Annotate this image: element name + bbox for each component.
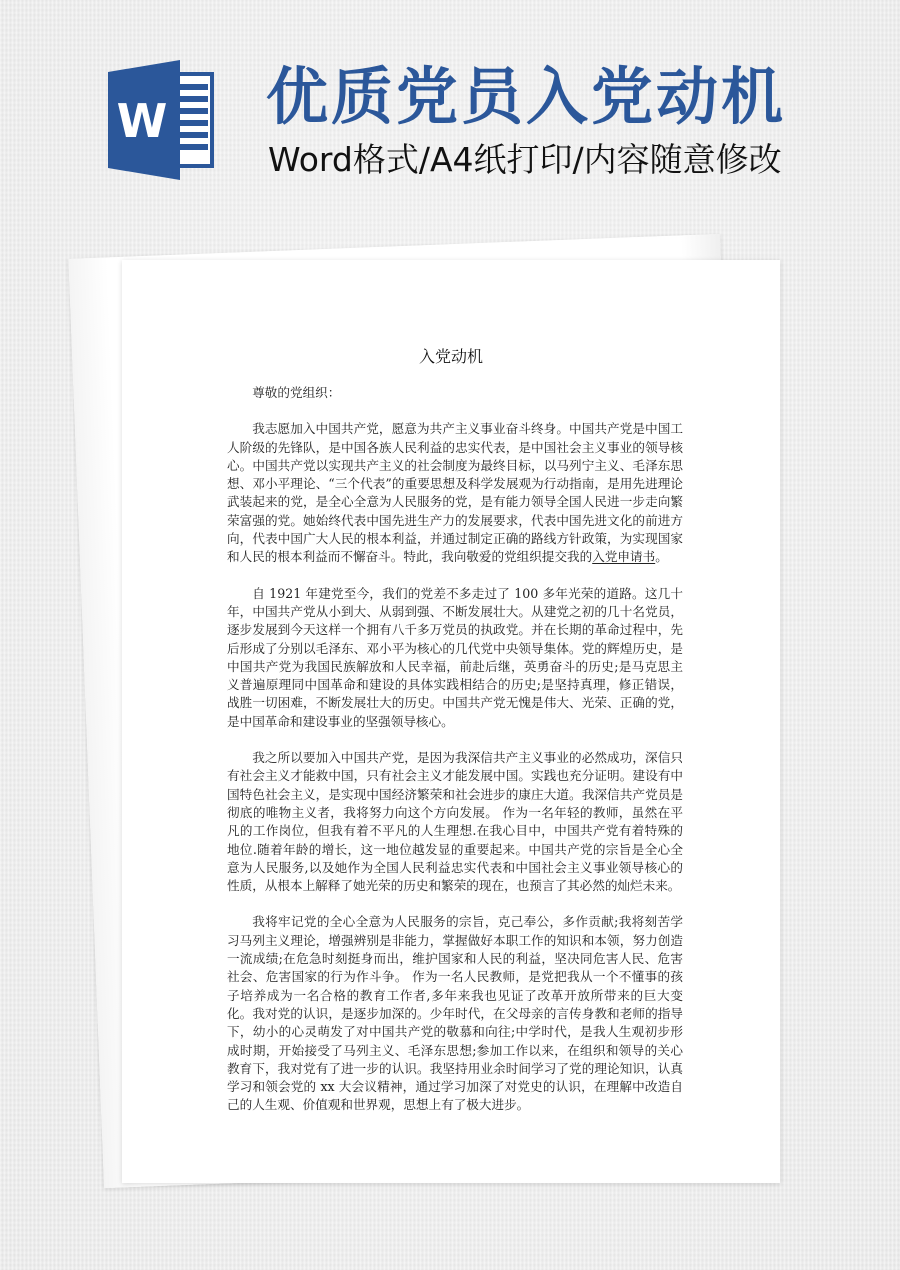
paragraph-1-tail: 。 (655, 549, 668, 564)
paragraph-1: 我志愿加入中国共产党，愿意为共产主义事业奋斗终身。中国共产党是中国工人阶级的先锋… (227, 420, 683, 566)
paragraph-2: 自 1921 年建党至今，我们的党差不多走过了 100 多年光荣的道路。这几十年… (227, 585, 683, 731)
document-title: 入党动机 (122, 346, 780, 368)
salutation: 尊敬的党组织： (227, 384, 683, 402)
paragraph-3: 我之所以要加入中国共产党，是因为我深信共产主义事业的必然成功，深信只有社会主义才… (227, 749, 683, 895)
banner-subtitle: Word格式/A4纸打印/内容随意修改 (268, 140, 782, 180)
banner-title: 优质党员入党动机 (266, 62, 786, 132)
document-page: 入党动机 尊敬的党组织： 我志愿加入中国共产党，愿意为共产主义事业奋斗终身。中国… (122, 260, 780, 1183)
document-body: 尊敬的党组织： 我志愿加入中国共产党，愿意为共产主义事业奋斗终身。中国共产党是中… (227, 384, 683, 1133)
paragraph-1-text: 我志愿加入中国共产党，愿意为共产主义事业奋斗终身。中国共产党是中国工人阶级的先锋… (227, 421, 683, 564)
svg-text:W: W (117, 94, 168, 148)
word-logo-icon: W (108, 58, 216, 182)
paragraph-4: 我将牢记党的全心全意为人民服务的宗旨，克己奉公，多作贡献;我将刻苦学习马列主义理… (227, 913, 683, 1114)
application-link[interactable]: 入党申请书 (592, 549, 655, 564)
